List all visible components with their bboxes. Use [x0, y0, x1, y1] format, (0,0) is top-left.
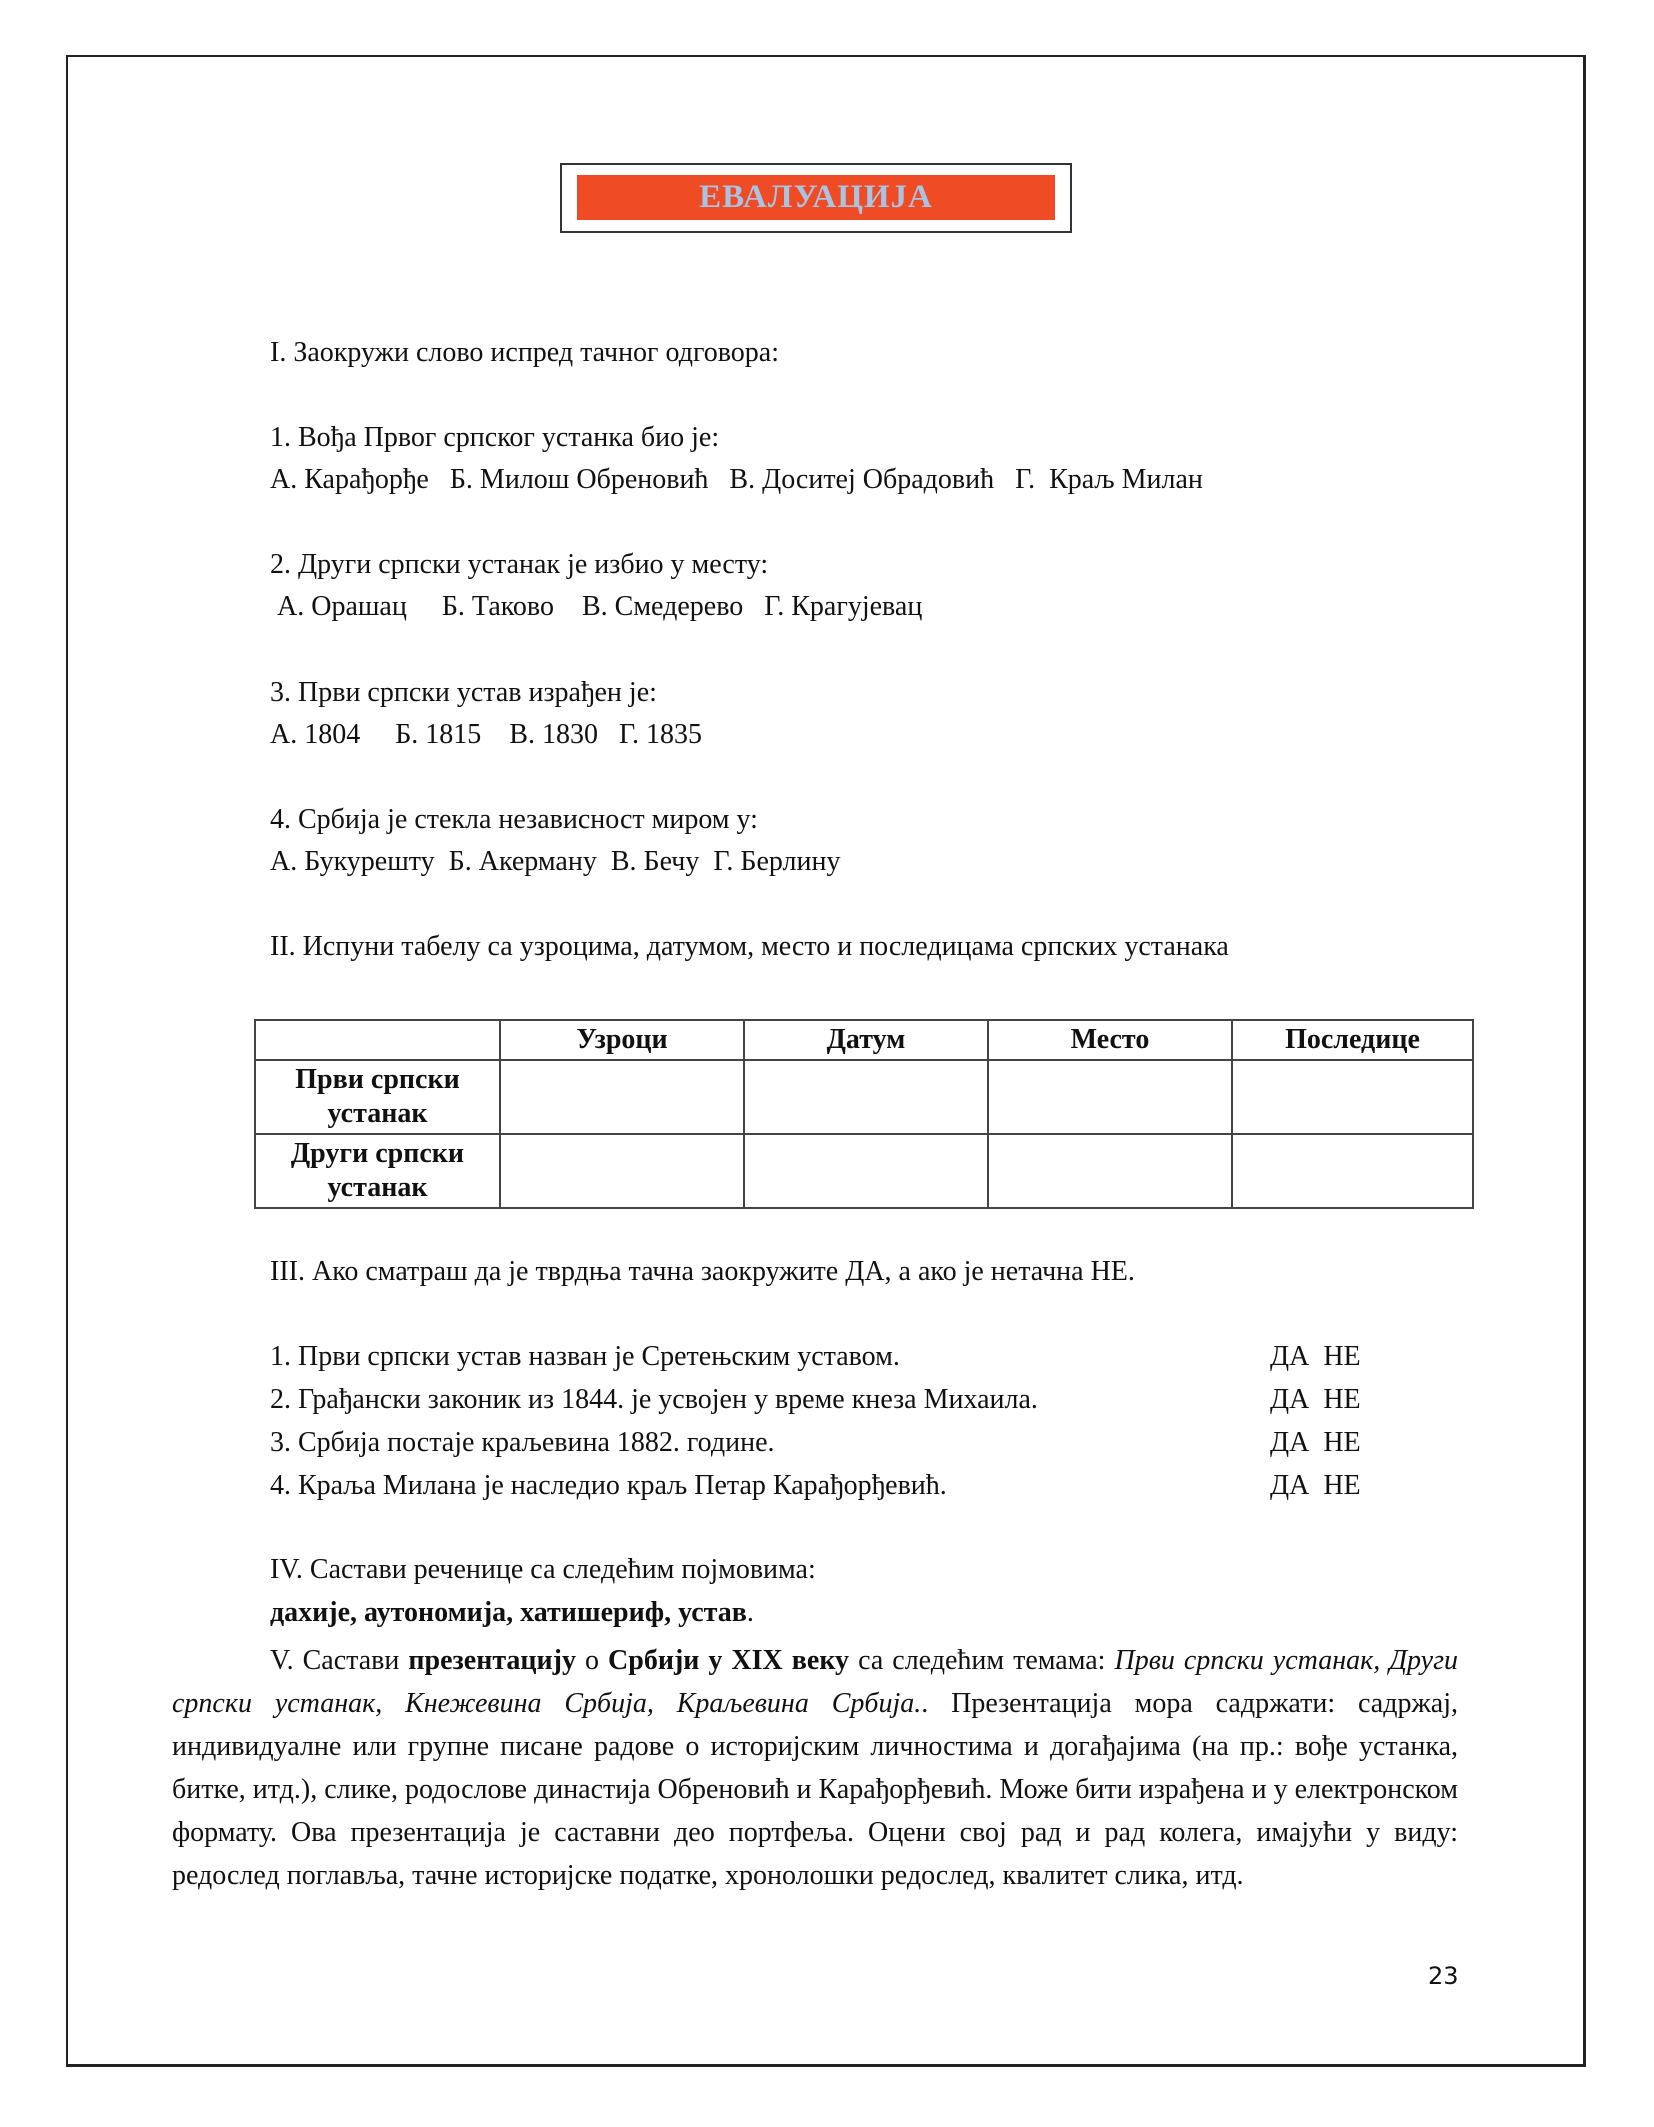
section5-bold-presentation: презентацију	[408, 1645, 576, 1676]
question-1: 1. Вођа Првог српског устанка био је:	[270, 421, 719, 455]
row-label-first-uprising: Први српски устанак	[255, 1060, 500, 1134]
table-cell[interactable]	[988, 1134, 1232, 1208]
section1-heading: I. Заокружи слово испред тачног одговора…	[270, 336, 779, 370]
section5-text-3: са следећим темама:	[849, 1645, 1114, 1676]
table-cell[interactable]	[1232, 1134, 1473, 1208]
question-2-options: А. Орашац Б. Таково В. Смедерево Г. Краг…	[270, 590, 922, 624]
table-cell[interactable]	[1232, 1060, 1473, 1134]
table-header-causes: Узроци	[500, 1020, 744, 1060]
list-item: 4. Краља Милана је наследио краљ Петар К…	[270, 1464, 1380, 1507]
yes-no-choice[interactable]: ДА НЕ	[1270, 1378, 1380, 1421]
section4-terms: дахије, аутономија, хатишериф, устав.	[270, 1596, 754, 1630]
section4-heading: IV. Састави реченице са следећим појмови…	[270, 1553, 816, 1587]
yes-no-choice[interactable]: ДА НЕ	[1270, 1464, 1380, 1507]
table-row: Други српски устанак	[255, 1134, 1473, 1208]
question-3-options: А. 1804 Б. 1815 В. 1830 Г. 1835	[270, 718, 702, 752]
table-cell[interactable]	[744, 1134, 988, 1208]
statement-text: 4. Краља Милана је наследио краљ Петар К…	[270, 1464, 947, 1507]
true-false-list: 1. Први српски устав назван је Сретењски…	[270, 1335, 1380, 1507]
list-item: 3. Србија постаје краљевина 1882. године…	[270, 1421, 1380, 1464]
statement-text: 2. Грађански законик из 1844. је усвојен…	[270, 1378, 1038, 1421]
question-4: 4. Србија је стекла независност миром у:	[270, 803, 758, 837]
question-2: 2. Други српски устанак је избио у месту…	[270, 548, 768, 582]
table-header-row: Узроци Датум Место Последице	[255, 1020, 1473, 1060]
section5-paragraph: V. Састави презентацију о Србији у XIX в…	[172, 1639, 1458, 1897]
list-item: 2. Грађански законик из 1844. је усвојен…	[270, 1378, 1380, 1421]
table-header-place: Место	[988, 1020, 1232, 1060]
table-header-date: Датум	[744, 1020, 988, 1060]
list-item: 1. Први српски устав назван је Сретењски…	[270, 1335, 1380, 1378]
title-box: ЕВАЛУАЦИЈА	[560, 163, 1072, 233]
table-cell[interactable]	[988, 1060, 1232, 1134]
yes-no-choice[interactable]: ДА НЕ	[1270, 1421, 1380, 1464]
uprisings-table: Узроци Датум Место Последице Први српски…	[254, 1019, 1474, 1209]
section3-heading: III. Ако сматраш да је тврдња тачна заок…	[270, 1255, 1135, 1289]
table-header-corner	[255, 1020, 500, 1060]
page-number: 23	[1428, 1962, 1459, 1990]
statement-text: 1. Први српски устав назван је Сретењски…	[270, 1335, 900, 1378]
terms-period: .	[747, 1597, 754, 1628]
table-header-consequences: Последице	[1232, 1020, 1473, 1060]
table-cell[interactable]	[500, 1134, 744, 1208]
section5-bold-topic: Србији у XIX веку	[608, 1645, 849, 1676]
statement-text: 3. Србија постаје краљевина 1882. године…	[270, 1421, 775, 1464]
title-banner: ЕВАЛУАЦИЈА	[577, 175, 1055, 220]
table-cell[interactable]	[500, 1060, 744, 1134]
question-4-options: А. Букурешту Б. Акерману В. Бечу Г. Берл…	[270, 845, 841, 879]
section2-heading: II. Испуни табелу са узроцима, датумом, …	[270, 930, 1229, 964]
terms-list: дахије, аутономија, хатишериф, устав	[270, 1597, 747, 1628]
row-label-second-uprising: Други српски устанак	[255, 1134, 500, 1208]
question-1-options: А. Карађорђе Б. Милош Обреновић В. Досит…	[270, 463, 1203, 497]
section5-text-2: о	[576, 1645, 608, 1676]
page-title: ЕВАЛУАЦИЈА	[699, 179, 933, 216]
yes-no-choice[interactable]: ДА НЕ	[1270, 1335, 1380, 1378]
table-row: Први српски устанак	[255, 1060, 1473, 1134]
section5-text-1: V. Састави	[270, 1645, 408, 1676]
question-3: 3. Први српски устав израђен је:	[270, 676, 657, 710]
table-cell[interactable]	[744, 1060, 988, 1134]
